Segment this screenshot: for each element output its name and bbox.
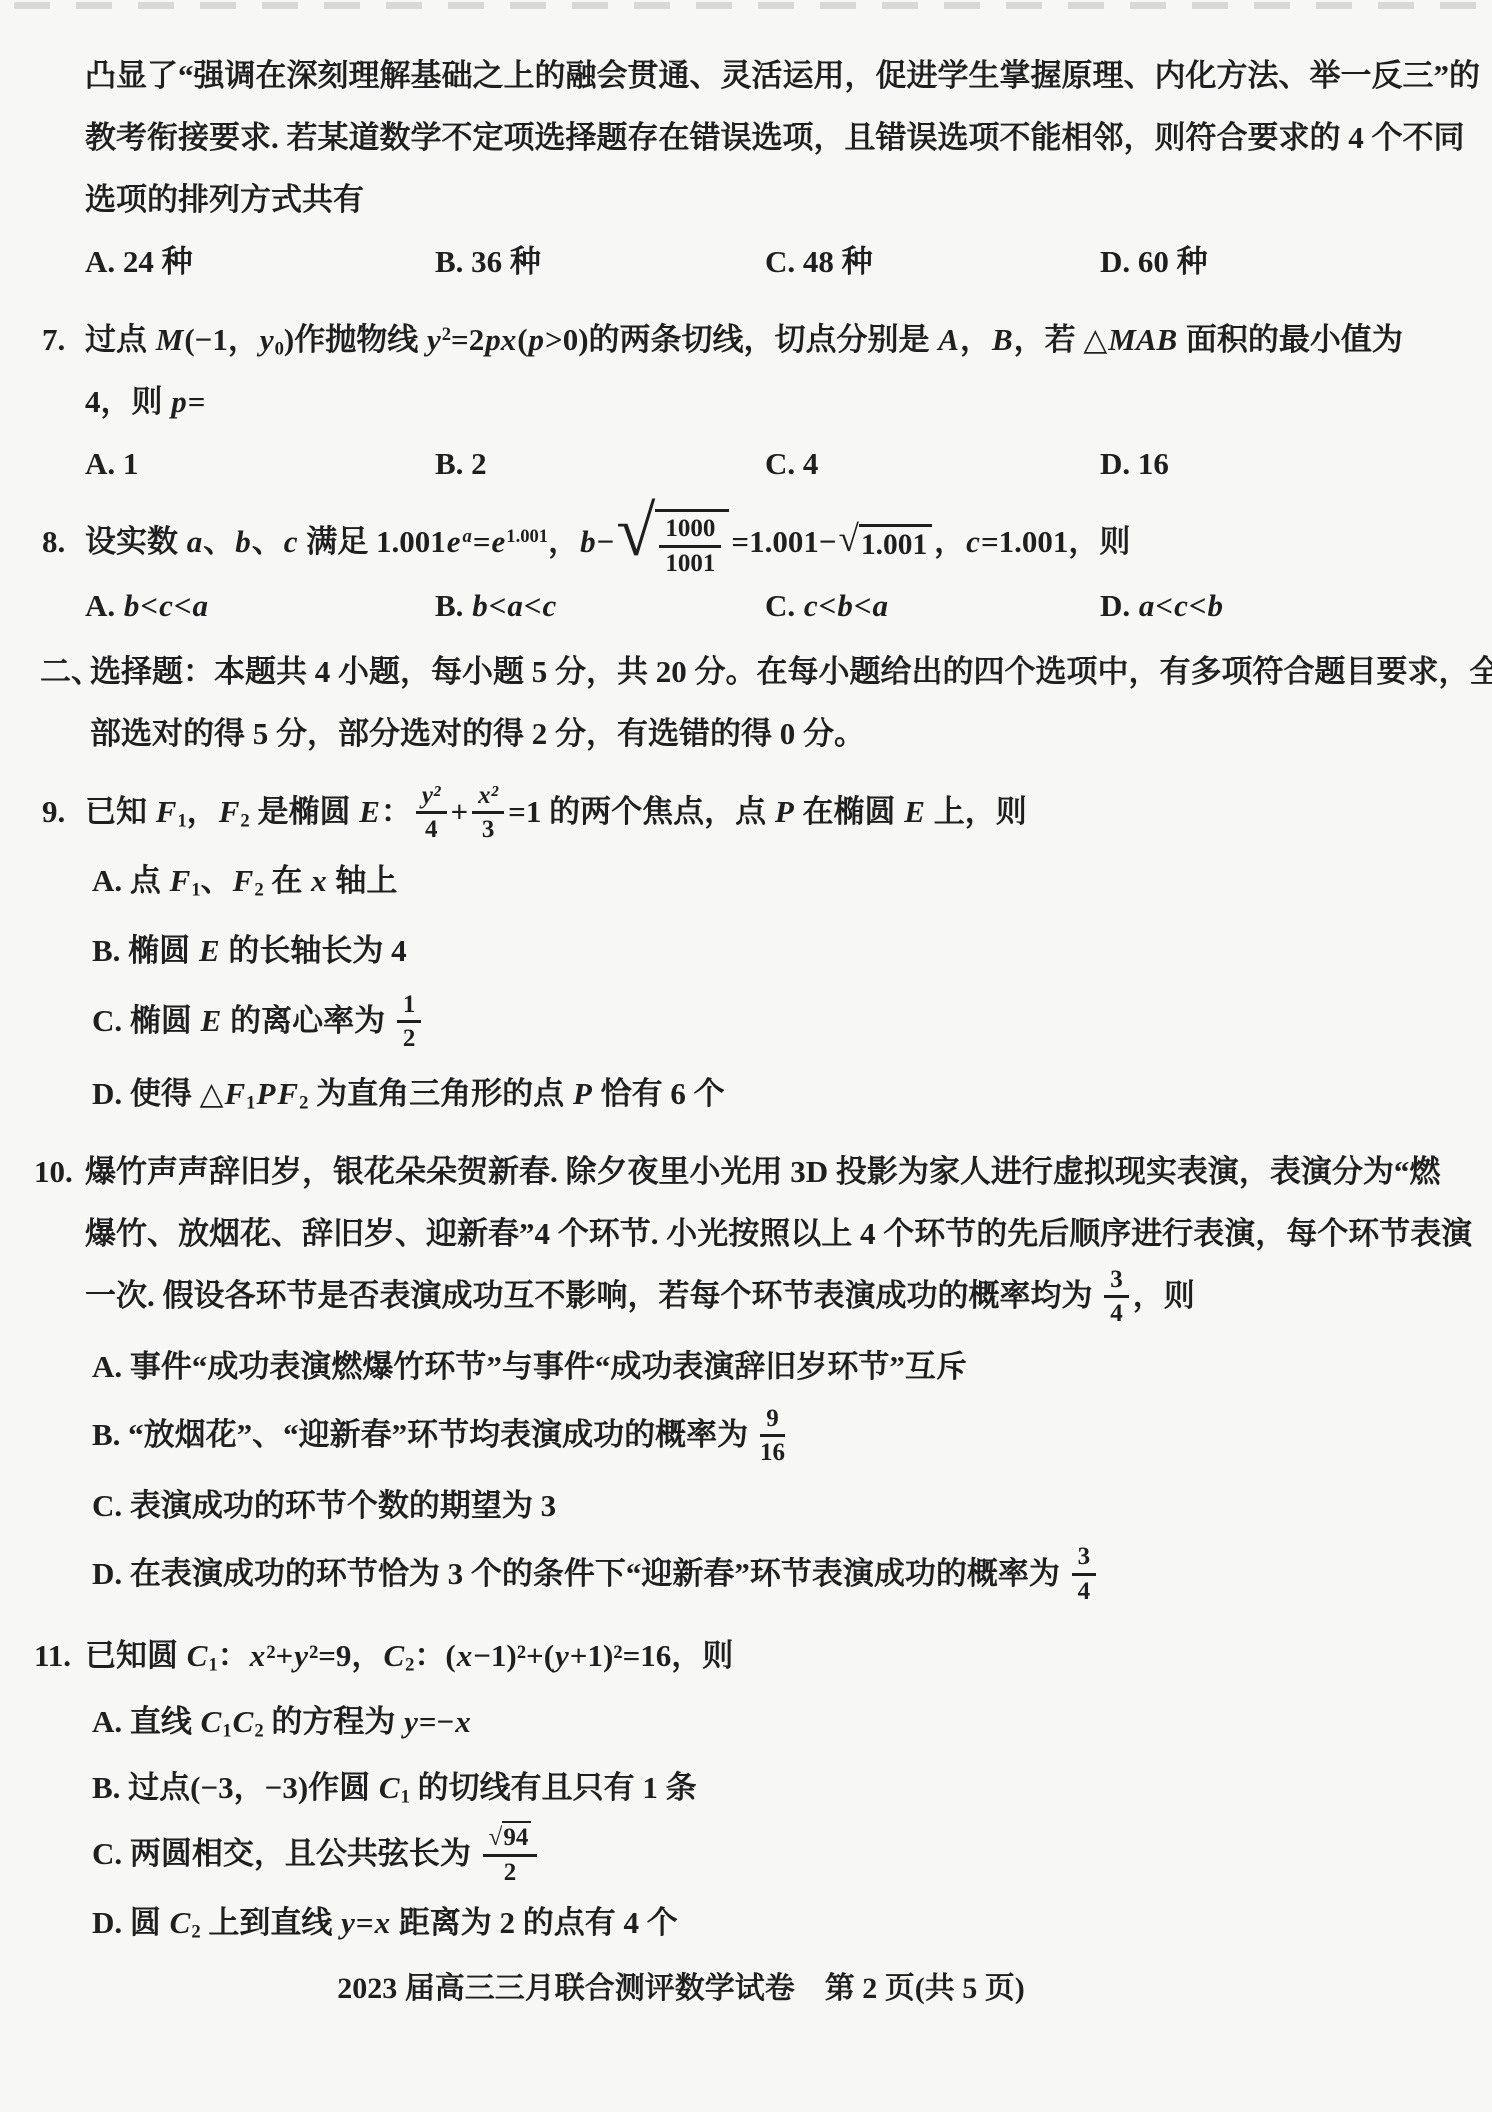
q7-stem: 7.过点 M(−1，y0)作抛物线 y2=2px(p>0)的两条切线，切点分别是…	[0, 309, 1492, 433]
math-variable: c	[158, 588, 174, 623]
math-base: C	[382, 1638, 405, 1673]
text-segment: D. 16	[1100, 446, 1169, 481]
math-variable: x	[374, 1905, 392, 1940]
text-segment: 、	[252, 524, 283, 559]
text-segment: 在椭圆	[795, 794, 904, 829]
fraction-denominator: 3	[482, 814, 495, 844]
radicand: 1.001	[859, 524, 932, 563]
text-segment: <	[819, 588, 837, 623]
math-base: C	[169, 1905, 192, 1940]
text-segment: 爆竹、放烟花、辞旧岁、迎新春”4 个环节. 小光按照以上 4 个环节的先后顺序进…	[85, 1216, 1472, 1251]
text-segment: 选项的排列方式共有	[85, 182, 364, 217]
text-segment: 4，则	[85, 384, 170, 419]
subscript: 2	[254, 1721, 263, 1742]
scan-artifact-top	[14, 2, 1482, 9]
text-segment: D. 在表演成功的环节恰为 3 个的条件下“迎新春”环节表演成功的概率为	[92, 1556, 1068, 1591]
fraction-denominator: 4	[425, 814, 438, 844]
text-segment: C. 两圆相交，且公共弦长为	[92, 1836, 479, 1871]
q6-stem-line-2: 教考衔接要求. 若某道数学不定项选择题存在错误选项，且错误选项不能相邻，则符合要…	[0, 107, 1492, 169]
text-segment: 是椭圆	[250, 794, 359, 829]
q8-option-b: B. b<a<c	[435, 583, 765, 629]
text-segment: D.	[1100, 588, 1138, 623]
text-segment: C. 表演成功的环节个数的期望为 3	[92, 1488, 556, 1523]
superscript: 2	[442, 324, 451, 345]
fraction-denominator: 1001	[665, 548, 715, 578]
math-variable: x	[456, 1638, 474, 1673]
q6-stem-line-3: 选项的排列方式共有	[0, 169, 1492, 231]
sec2-header: 二、选择题：本题共 4 小题，每小题 5 分，共 20 分。在每小题给出的四个选…	[0, 641, 1492, 765]
subscript: 1	[191, 880, 200, 901]
fraction-numerator: 3	[1072, 1543, 1097, 1576]
subscript: 2	[299, 1092, 308, 1113]
math-variable: c	[283, 524, 299, 559]
math-variable: M	[155, 322, 185, 357]
q11-option-c: C. 两圆相交，且公共弦长为 √942	[0, 1823, 1492, 1888]
math-variable: p	[528, 322, 546, 357]
text-segment: ，	[934, 524, 965, 559]
text-segment: C. 椭圆	[92, 1003, 200, 1038]
text-segment: <	[174, 588, 192, 623]
q9-option-c: C. 椭圆 E 的离心率为 12	[0, 990, 1492, 1055]
radical-sign: √	[839, 521, 859, 558]
fraction-numerator: 1	[397, 991, 422, 1024]
subscript: 1	[401, 1787, 410, 1808]
text-segment: )作抛物线	[284, 322, 426, 357]
q8-option-c: C. c<b<a	[765, 583, 1100, 629]
text-segment: 的切线有且只有 1 条	[410, 1770, 697, 1805]
math-variable: b	[123, 588, 141, 623]
text-segment: ²+	[266, 1638, 293, 1673]
text-segment: 选择题：本题共 4 小题，每小题 5 分，共 20 分。在每小题给出的四个选项中…	[90, 654, 1492, 689]
math-base: F	[276, 1076, 299, 1111]
text-segment: 过点	[85, 322, 155, 357]
math-variable: c	[965, 524, 981, 559]
q11-stem-line-1: 已知圆 C1：x²+y²=9，C2：(x−1)²+(y+1)²=16，则	[0, 1625, 1492, 1687]
text-segment: 的长轴长为 4	[221, 933, 407, 968]
fraction: √942	[483, 1824, 538, 1886]
fraction-numerator: 9	[760, 1405, 785, 1438]
text-segment: >0)的两条切线，切点分别是	[545, 322, 937, 357]
math-variable: E	[903, 794, 926, 829]
q10-stem-number: 10.	[34, 1141, 73, 1203]
sec2-header-number: 二、	[40, 641, 102, 703]
q11-options: A. 直线 C1C2 的方程为 y=−xB. 过点(−3，−3)作圆 C1 的切…	[0, 1691, 1492, 1954]
text-segment: 为直角三角形的点	[308, 1076, 572, 1111]
text-segment: B. 2	[435, 446, 487, 481]
q7-options: A. 1B. 2C. 4D. 16	[0, 441, 1492, 487]
q8-stem-number: 8.	[42, 511, 65, 573]
math-variable: P	[572, 1076, 593, 1111]
q10-option-b: B. “放烟花”、“迎新春”环节均表演成功的概率为 916	[0, 1404, 1492, 1469]
text-segment: =	[188, 384, 206, 419]
q6-stem-line-1: 凸显了“强调在深刻理解基础之上的融会贯通、灵活运用，促进学生掌握原理、内化方法、…	[0, 45, 1492, 107]
q7-option-b: B. 2	[435, 441, 765, 487]
q10-option-a: A. 事件“成功表演燃爆竹环节”与事件“成功表演辞旧岁环节”互斥	[0, 1336, 1492, 1398]
q7-option-c: C. 4	[765, 441, 1100, 487]
math-variable: E	[198, 933, 221, 968]
square-root: √10001001	[616, 509, 729, 577]
q11-option-b: B. 过点(−3，−3)作圆 C1 的切线有且只有 1 条	[0, 1757, 1492, 1819]
q9-options: A. 点 F1、F2 在 x 轴上B. 椭圆 E 的长轴长为 4C. 椭圆 E …	[0, 850, 1492, 1125]
text-segment: <	[489, 588, 507, 623]
square-root: √94	[489, 1821, 532, 1851]
text-segment: B. “放烟花”、“迎新春”环节均表演成功的概率为	[92, 1417, 756, 1452]
text-segment: <	[1155, 588, 1173, 623]
text-segment: 距离为 2 的点有 4 个	[391, 1905, 678, 1940]
text-segment: 爆竹声声辞旧岁，银花朵朵贺新春. 除夕夜里小光用 3D 投影为家人进行虚拟现实表…	[85, 1154, 1440, 1189]
math-variable: B	[991, 322, 1014, 357]
text-segment: ：(	[414, 1638, 455, 1673]
q9-stem-line-1: 已知 F1，F2 是椭圆 E：y²4+x²3=1 的两个焦点，点 P 在椭圆 E…	[0, 781, 1492, 846]
text-segment: =	[473, 524, 491, 559]
q8-stem-line-1: 设实数 a、b、c 满足 1.001ea=e1.001，b−√10001001=…	[0, 511, 1492, 579]
math-base: e	[491, 524, 507, 559]
text-segment: 的方程为	[264, 1704, 404, 1739]
math-variable: c	[542, 588, 558, 623]
fraction-numerator: √94	[483, 1824, 538, 1857]
math-base: F	[218, 794, 241, 829]
math-variable: E	[358, 794, 381, 829]
math-variable: c	[1173, 588, 1189, 623]
subscript: 0	[275, 339, 284, 360]
text-segment: =1.001，则	[981, 524, 1130, 559]
fraction-denominator: 2	[504, 1857, 517, 1887]
text-segment: 满足 1.001	[299, 524, 446, 559]
page-footer: 2023 届高三三月联合测评数学试卷 第 2 页(共 5 页)	[0, 1968, 1492, 2010]
q11-option-a: A. 直线 C1C2 的方程为 y=−x	[0, 1691, 1492, 1753]
text-segment: A.	[85, 588, 123, 623]
text-segment: <	[854, 588, 872, 623]
math-variable: E	[200, 1003, 223, 1038]
q7-stem-line-2: 4，则 p=	[0, 371, 1492, 433]
text-segment: ，若 △	[1014, 322, 1108, 357]
math-base: F	[155, 794, 178, 829]
math-base: C	[200, 1704, 223, 1739]
text-segment: C. 4	[765, 446, 818, 481]
superscript: 1.001	[506, 526, 548, 547]
q11-option-d: D. 圆 C2 上到直线 y=x 距离为 2 的点有 4 个	[0, 1892, 1492, 1954]
math-variable: x	[310, 863, 328, 898]
fraction: 12	[397, 991, 422, 1053]
fraction-denominator: 4	[1110, 1298, 1123, 1328]
math-variable: a	[186, 524, 204, 559]
text-segment: 上到直线	[201, 1905, 341, 1940]
text-segment: −1)²+(	[473, 1638, 554, 1673]
subscript: 1	[222, 1721, 231, 1742]
q8-option-d: D. a<c<b	[1100, 583, 1492, 629]
q6-stem: 凸显了“强调在深刻理解基础之上的融会贯通、灵活运用，促进学生掌握原理、内化方法、…	[0, 45, 1492, 231]
fraction: 10001001	[659, 515, 721, 577]
radicand: 94	[502, 1821, 531, 1851]
math-variable: x	[249, 1638, 267, 1673]
text-segment: =	[356, 1905, 374, 1940]
fraction: 916	[760, 1405, 785, 1467]
square-root: √1.001	[839, 524, 933, 563]
math-variable: y	[340, 1905, 356, 1940]
fraction-numerator: 3	[1104, 1266, 1129, 1299]
text-segment: =−	[419, 1704, 454, 1739]
fraction-denominator: 16	[760, 1437, 785, 1467]
q10-option-d: D. 在表演成功的环节恰为 3 个的条件下“迎新春”环节表演成功的概率为 34	[0, 1543, 1492, 1608]
subscript: 2	[191, 1922, 200, 1943]
text-segment: 、	[201, 863, 232, 898]
q9-option-a: A. 点 F1、F2 在 x 轴上	[0, 850, 1492, 912]
q9-option-b: B. 椭圆 E 的长轴长为 4	[0, 920, 1492, 982]
q11-stem: 11.已知圆 C1：x²+y²=9，C2：(x−1)²+(y+1)²=16，则	[0, 1625, 1492, 1687]
text-segment: 、	[203, 524, 234, 559]
superscript: a	[462, 526, 473, 547]
text-segment: ，则	[1133, 1278, 1195, 1313]
text-segment: ：	[381, 794, 412, 829]
sec2-header-line-2: 部选对的得 5 分，部分选对的得 2 分，有选错的得 0 分。	[0, 703, 1492, 765]
text-segment: A. 点	[92, 863, 169, 898]
exam-scan-page: { "footer": { "text": "2023 届高三三月联合测评数学试…	[0, 0, 1492, 2112]
fraction-numerator: y²	[416, 782, 447, 815]
fraction: y²4	[416, 782, 447, 844]
q6-option-a: A. 24 种	[85, 239, 435, 285]
math-base: F	[223, 1076, 246, 1111]
text-segment: 在	[264, 863, 311, 898]
math-variable: P	[255, 1076, 276, 1111]
q11-stem-number: 11.	[34, 1625, 71, 1687]
text-segment: 已知圆	[85, 1638, 186, 1673]
text-segment: 上，则	[926, 794, 1027, 829]
fraction: 34	[1104, 1266, 1129, 1328]
fraction-denominator: 4	[1078, 1576, 1091, 1606]
text-segment: C. 48 种	[765, 244, 873, 279]
q8-option-a: A. b<c<a	[85, 583, 435, 629]
math-variable: p	[170, 384, 188, 419]
subscript: 2	[254, 880, 263, 901]
text-segment: −	[597, 524, 615, 559]
fraction-numerator: x²	[472, 782, 504, 815]
text-segment: +	[451, 794, 469, 829]
math-variable: a	[192, 588, 210, 623]
text-segment: +1)²=16，则	[570, 1638, 733, 1673]
text-segment: 的离心率为	[222, 1003, 393, 1038]
math-base: C	[378, 1770, 401, 1805]
math-variable: b	[234, 524, 252, 559]
exam-content: 凸显了“强调在深刻理解基础之上的融会贯通、灵活运用，促进学生掌握原理、内化方法、…	[0, 9, 1492, 1954]
text-segment: =1 的两个焦点，点	[508, 794, 774, 829]
text-segment: <	[524, 588, 542, 623]
math-base: y	[259, 322, 275, 357]
text-segment: (	[517, 322, 527, 357]
q8-stem: 8.设实数 a、b、c 满足 1.001ea=e1.001，b−√1000100…	[0, 511, 1492, 579]
math-variable: y	[293, 1638, 309, 1673]
text-segment: ：	[218, 1638, 249, 1673]
q9-stem-number: 9.	[42, 781, 65, 843]
q9-stem: 9.已知 F1，F2 是椭圆 E：y²4+x²3=1 的两个焦点，点 P 在椭圆…	[0, 781, 1492, 846]
page-footer-text: 2023 届高三三月联合测评数学试卷 第 2 页(共 5 页)	[337, 1972, 1024, 2005]
q10-stem-line-3: 一次. 假设各环节是否表演成功互不影响，若每个环节表演成功的概率均为 34，则	[0, 1265, 1492, 1330]
math-base: F	[232, 863, 255, 898]
text-segment: 部选对的得 5 分，部分选对的得 2 分，有选错的得 0 分。	[90, 716, 865, 751]
math-variable: y	[403, 1704, 419, 1739]
q7-option-a: A. 1	[85, 441, 435, 487]
text-segment: <	[1189, 588, 1207, 623]
sec2-header-line-1: 选择题：本题共 4 小题，每小题 5 分，共 20 分。在每小题给出的四个选项中…	[0, 641, 1492, 703]
text-segment: =2	[451, 322, 484, 357]
math-base: y	[426, 322, 442, 357]
q6-options: A. 24 种B. 36 种C. 48 种D. 60 种	[0, 239, 1492, 285]
math-variable: a	[872, 588, 890, 623]
math-variable: px	[484, 322, 517, 357]
text-segment: 恰有 6 个	[593, 1076, 725, 1111]
text-segment: B. 36 种	[435, 244, 541, 279]
text-segment: A. 24 种	[85, 244, 193, 279]
q7-option-d: D. 16	[1100, 441, 1492, 487]
math-variable: y	[554, 1638, 570, 1673]
q10-options: A. 事件“成功表演燃爆竹环节”与事件“成功表演辞旧岁环节”互斥B. “放烟花”…	[0, 1336, 1492, 1608]
math-variable: P	[774, 794, 795, 829]
math-base: F	[169, 863, 192, 898]
q6-option-b: B. 36 种	[435, 239, 765, 285]
math-variable: x	[454, 1704, 472, 1739]
math-variable: MAB	[1107, 322, 1178, 357]
math-variable: b	[579, 524, 597, 559]
math-base: e	[446, 524, 462, 559]
text-segment: 设实数	[85, 524, 186, 559]
radical-sign: √	[616, 503, 655, 560]
text-segment: B.	[435, 588, 471, 623]
text-segment: B. 椭圆	[92, 933, 198, 968]
q10-stem-line-2: 爆竹、放烟花、辞旧岁、迎新春”4 个环节. 小光按照以上 4 个环节的先后顺序进…	[0, 1203, 1492, 1265]
math-variable: b	[836, 588, 854, 623]
subscript: 1	[177, 811, 186, 832]
text-segment: (−1，	[184, 322, 259, 357]
radicand: 10001001	[655, 509, 729, 577]
math-variable: a	[1138, 588, 1156, 623]
text-segment: ，	[960, 322, 991, 357]
text-segment: A. 直线	[92, 1704, 200, 1739]
q7-stem-number: 7.	[42, 309, 65, 371]
math-variable: c	[803, 588, 819, 623]
text-segment: 凸显了“强调在深刻理解基础之上的融会贯通、灵活运用，促进学生掌握原理、内化方法、…	[85, 58, 1480, 93]
math-base: C	[186, 1638, 209, 1673]
q8-options: A. b<c<aB. b<a<cC. c<b<aD. a<c<b	[0, 583, 1492, 629]
math-variable: b	[1207, 588, 1225, 623]
subscript: 1	[208, 1655, 217, 1676]
text-segment: D. 使得 △	[92, 1076, 223, 1111]
fraction: x²3	[472, 782, 504, 844]
fraction-denominator: 2	[403, 1023, 416, 1053]
text-segment: =1.001−	[731, 524, 836, 559]
math-base: C	[232, 1704, 255, 1739]
text-segment: ²=9，	[309, 1638, 382, 1673]
text-segment: 面积的最小值为	[1178, 322, 1403, 357]
q10-option-c: C. 表演成功的环节个数的期望为 3	[0, 1475, 1492, 1537]
text-segment: D. 60 种	[1100, 244, 1208, 279]
text-segment: 已知	[85, 794, 155, 829]
q10-stem-line-1: 爆竹声声辞旧岁，银花朵朵贺新春. 除夕夜里小光用 3D 投影为家人进行虚拟现实表…	[0, 1141, 1492, 1203]
text-segment: 一次. 假设各环节是否表演成功互不影响，若每个环节表演成功的概率均为	[85, 1278, 1100, 1313]
text-segment: ，	[187, 794, 218, 829]
fraction: 34	[1072, 1543, 1097, 1605]
q7-stem-line-1: 过点 M(−1，y0)作抛物线 y2=2px(p>0)的两条切线，切点分别是 A…	[0, 309, 1492, 371]
text-segment: ，	[548, 524, 579, 559]
text-segment: A. 1	[85, 446, 138, 481]
q9-option-d: D. 使得 △F1PF2 为直角三角形的点 P 恰有 6 个	[0, 1063, 1492, 1125]
math-variable: b	[471, 588, 489, 623]
text-segment: D. 圆	[92, 1905, 169, 1940]
q10-stem: 10.爆竹声声辞旧岁，银花朵朵贺新春. 除夕夜里小光用 3D 投影为家人进行虚拟…	[0, 1141, 1492, 1330]
fraction-numerator: 1000	[659, 515, 721, 548]
q6-option-d: D. 60 种	[1100, 239, 1492, 285]
text-segment: <	[140, 588, 158, 623]
math-variable: A	[937, 322, 960, 357]
text-segment: A. 事件“成功表演燃爆竹环节”与事件“成功表演辞旧岁环节”互斥	[92, 1349, 967, 1384]
text-segment: C.	[765, 588, 803, 623]
text-segment: B. 过点(−3，−3)作圆	[92, 1770, 378, 1805]
text-segment: 轴上	[328, 863, 398, 898]
subscript: 2	[240, 811, 249, 832]
q6-option-c: C. 48 种	[765, 239, 1100, 285]
math-variable: a	[506, 588, 524, 623]
text-segment: 教考衔接要求. 若某道数学不定项选择题存在错误选项，且错误选项不能相邻，则符合要…	[85, 120, 1465, 155]
